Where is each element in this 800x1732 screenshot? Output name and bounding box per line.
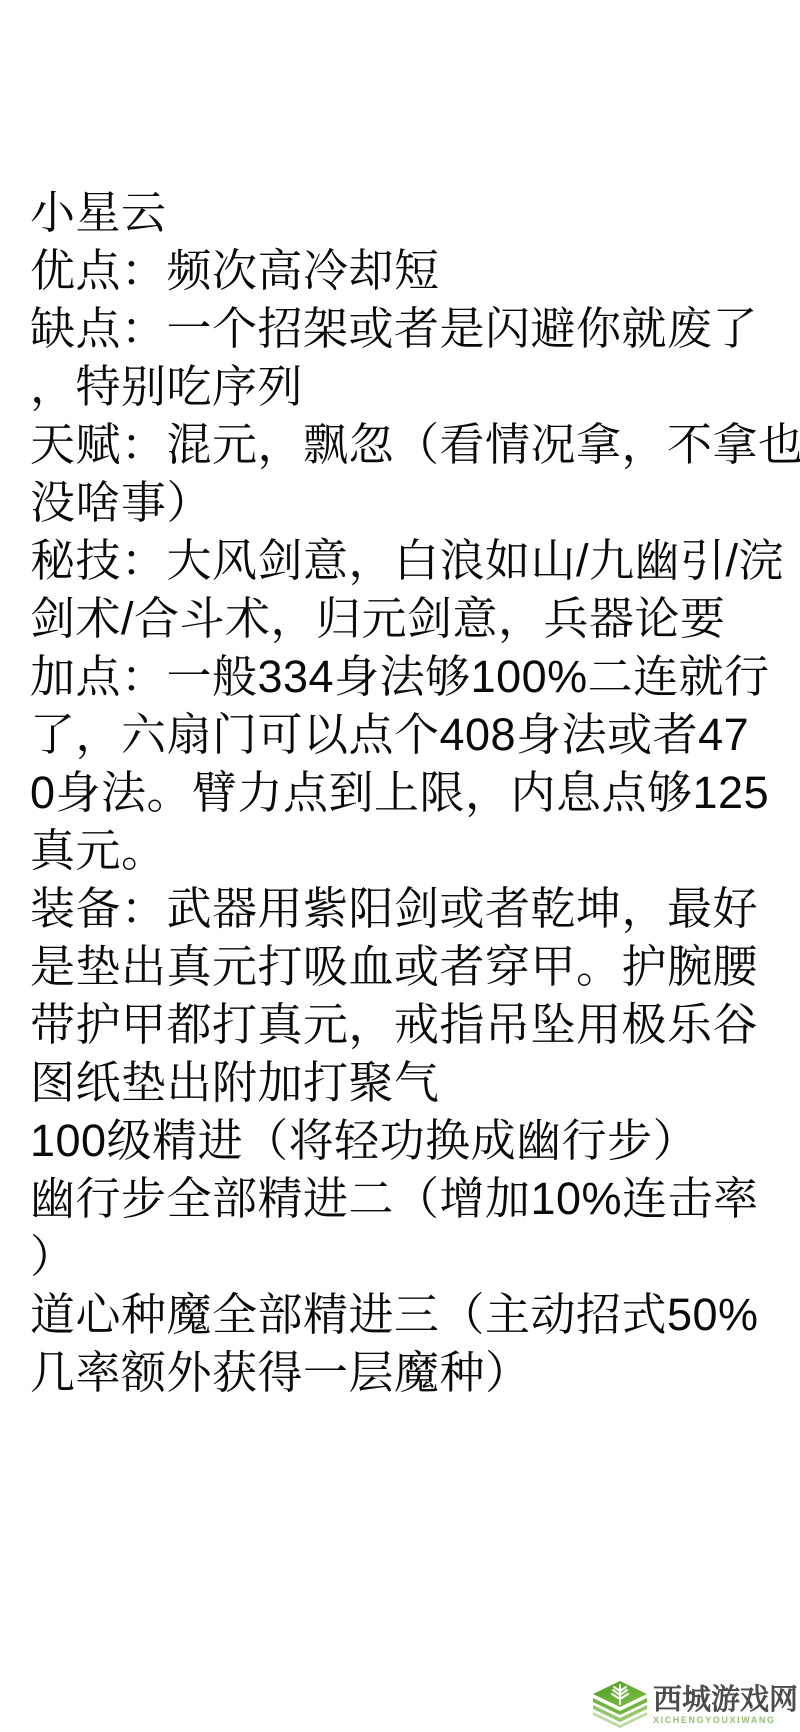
- watermark: 西城游戏网 XICHENGYOUXIWANG: [590, 1680, 798, 1730]
- guide-text-line: 了，六扇门可以点个408身法或者47: [30, 706, 790, 764]
- guide-text-line: 道心种魔全部精进三（主动招式50%: [30, 1286, 790, 1344]
- guide-text-line: 图纸垫出附加打聚气: [30, 1054, 790, 1112]
- guide-text-line: 100级精进（将轻功换成幽行步）: [30, 1112, 790, 1170]
- guide-text-line: 缺点：一个招架或者是闪避你就废了: [30, 300, 790, 358]
- guide-text-line: 天赋：混元，飘忽（看情况拿，不拿也: [30, 416, 790, 474]
- guide-text-line: 是垫出真元打吸血或者穿甲。护腕腰: [30, 938, 790, 996]
- watermark-text: 西城游戏网 XICHENGYOUXIWANG: [653, 1685, 798, 1726]
- guide-text-line: 几率额外获得一层魔种）: [30, 1344, 790, 1402]
- guide-text-line: ，特别吃序列: [30, 358, 790, 416]
- guide-text-line: 剑术/合斗术，归元剑意，兵器论要: [30, 590, 790, 648]
- guide-text-line: 装备：武器用紫阳剑或者乾坤，最好: [30, 880, 790, 938]
- site-name-pinyin: XICHENGYOUXIWANG: [653, 1715, 776, 1726]
- guide-text-line: 没啥事）: [30, 474, 790, 532]
- guide-text-line: 带护甲都打真元，戒指吊坠用极乐谷: [30, 996, 790, 1054]
- guide-text-line: 0身法。臂力点到上限，内息点够125: [30, 764, 790, 822]
- guide-text-line: 真元。: [30, 822, 790, 880]
- guide-text-line: 秘技：大风剑意，白浪如山/九幽引/浣: [30, 532, 790, 590]
- guide-text-line: 幽行步全部精进二（增加10%连击率: [30, 1170, 790, 1228]
- site-name: 西城游戏网: [653, 1685, 798, 1715]
- guide-text-line: 优点：频次高冷却短: [30, 242, 790, 300]
- guide-text-block: 小星云 优点：频次高冷却短 缺点：一个招架或者是闪避你就废了 ，特别吃序列 天赋…: [30, 184, 790, 1402]
- site-logo-icon: [590, 1680, 650, 1730]
- guide-text-line: 小星云: [30, 184, 790, 242]
- guide-text-line: 加点：一般334身法够100%二连就行: [30, 648, 790, 706]
- guide-text-line: ）: [30, 1228, 790, 1286]
